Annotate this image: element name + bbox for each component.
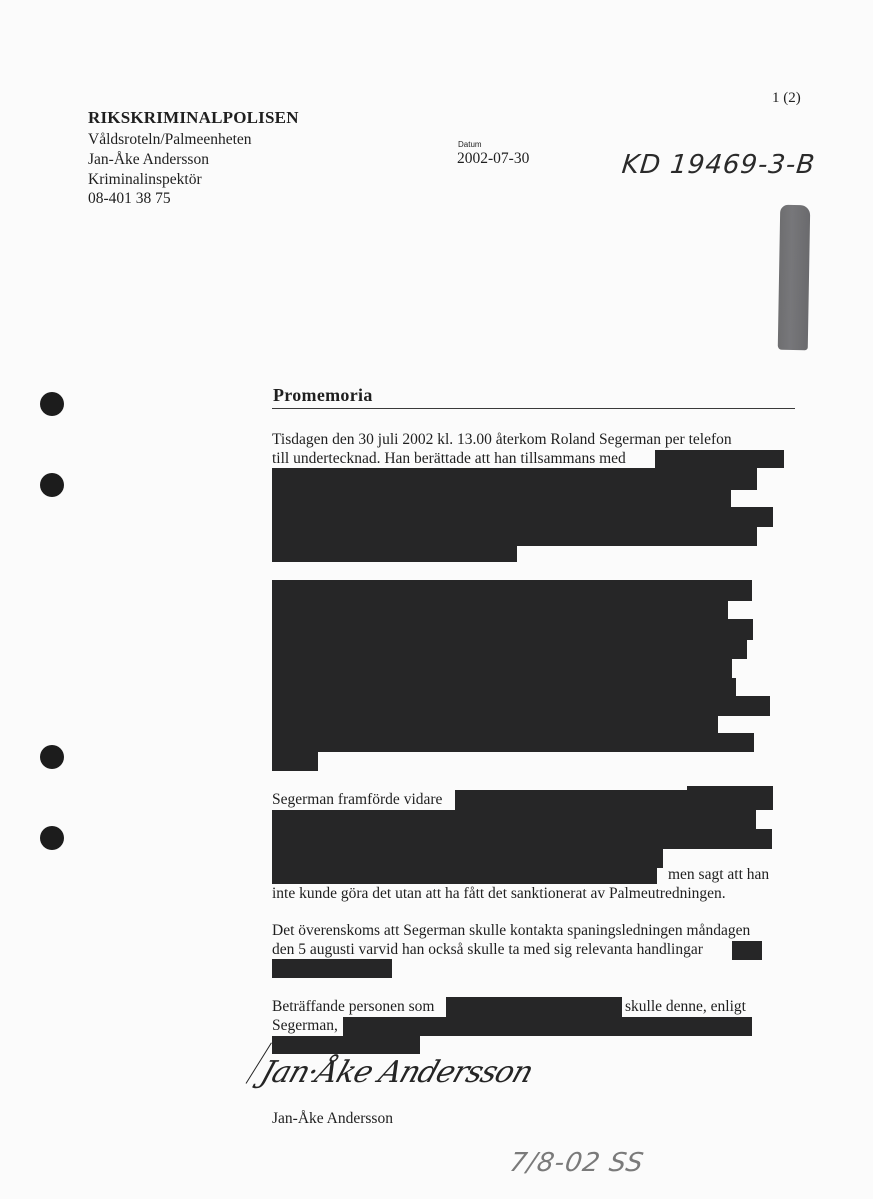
punch-hole (40, 473, 64, 497)
paragraph-1-line-1: Tisdagen den 30 juli 2002 kl. 13.00 åter… (272, 430, 732, 449)
signer-name: Jan-Åke Andersson (272, 1110, 393, 1128)
sender-title: Kriminalinspektör (88, 170, 202, 190)
redaction-block (272, 546, 517, 562)
redaction-block (272, 507, 773, 527)
paragraph-3-line-1: Segerman framförde vidare (272, 790, 442, 809)
redaction-block (732, 941, 762, 960)
redaction-block (272, 829, 772, 849)
redaction-block (272, 468, 757, 490)
paragraph-3-line-5: inte kunde göra det utan att ha fått det… (272, 884, 726, 903)
redaction-block (272, 619, 753, 640)
redaction-block (272, 640, 747, 659)
redaction-block (272, 527, 757, 546)
paragraph-1-line-2: till undertecknad. Han berättade att han… (272, 449, 626, 468)
redaction-block (272, 849, 663, 868)
redaction-block (272, 1036, 420, 1054)
redaction-block (272, 752, 318, 771)
sender-name: Jan-Åke Andersson (88, 150, 209, 170)
redaction-block (272, 716, 718, 733)
paragraph-4-line-2: den 5 augusti varvid han också skulle ta… (272, 940, 703, 959)
redaction-block (687, 786, 773, 792)
redaction-block (272, 959, 392, 978)
redaction-block (272, 490, 731, 507)
organization-name: RIKSKRIMINALPOLISEN (88, 108, 299, 128)
handwritten-reference: KD 19469-3-B (620, 150, 816, 180)
punch-hole (40, 745, 64, 769)
redaction-block (272, 580, 752, 601)
document-title: Promemoria (273, 385, 373, 406)
sender-unit: Våldsroteln/Palmeenheten (88, 130, 252, 150)
redaction-block (272, 868, 657, 884)
redaction-block (272, 601, 728, 619)
redaction-block (272, 733, 754, 752)
redaction-block (455, 790, 773, 810)
punch-hole (40, 826, 64, 850)
redaction-block (272, 659, 732, 678)
marker-stroke (778, 205, 811, 351)
redaction-block (655, 450, 784, 468)
paragraph-5-line-1-start: Beträffande personen som (272, 997, 434, 1016)
redaction-block (343, 1017, 752, 1036)
title-divider (272, 408, 795, 409)
handwritten-signature: Jan·Åke Andersson (256, 1055, 537, 1090)
paragraph-5-line-2: Segerman, (272, 1016, 338, 1035)
paragraph-3-line-4-tail: men sagt att han (668, 865, 769, 884)
handwritten-date-initials: 7/8-02 SS (507, 1148, 646, 1178)
date-value: 2002-07-30 (457, 150, 529, 168)
sender-phone: 08-401 38 75 (88, 189, 171, 209)
date-label: Datum (458, 140, 482, 149)
paragraph-5-line-1-end: skulle denne, enligt (625, 997, 746, 1016)
page-number: 1 (2) (772, 90, 801, 107)
redaction-block (446, 997, 622, 1017)
punch-hole (40, 392, 64, 416)
redaction-block (272, 696, 770, 716)
redaction-block (272, 678, 736, 696)
redaction-block (272, 810, 756, 829)
paragraph-4-line-1: Det överenskoms att Segerman skulle kont… (272, 921, 750, 940)
